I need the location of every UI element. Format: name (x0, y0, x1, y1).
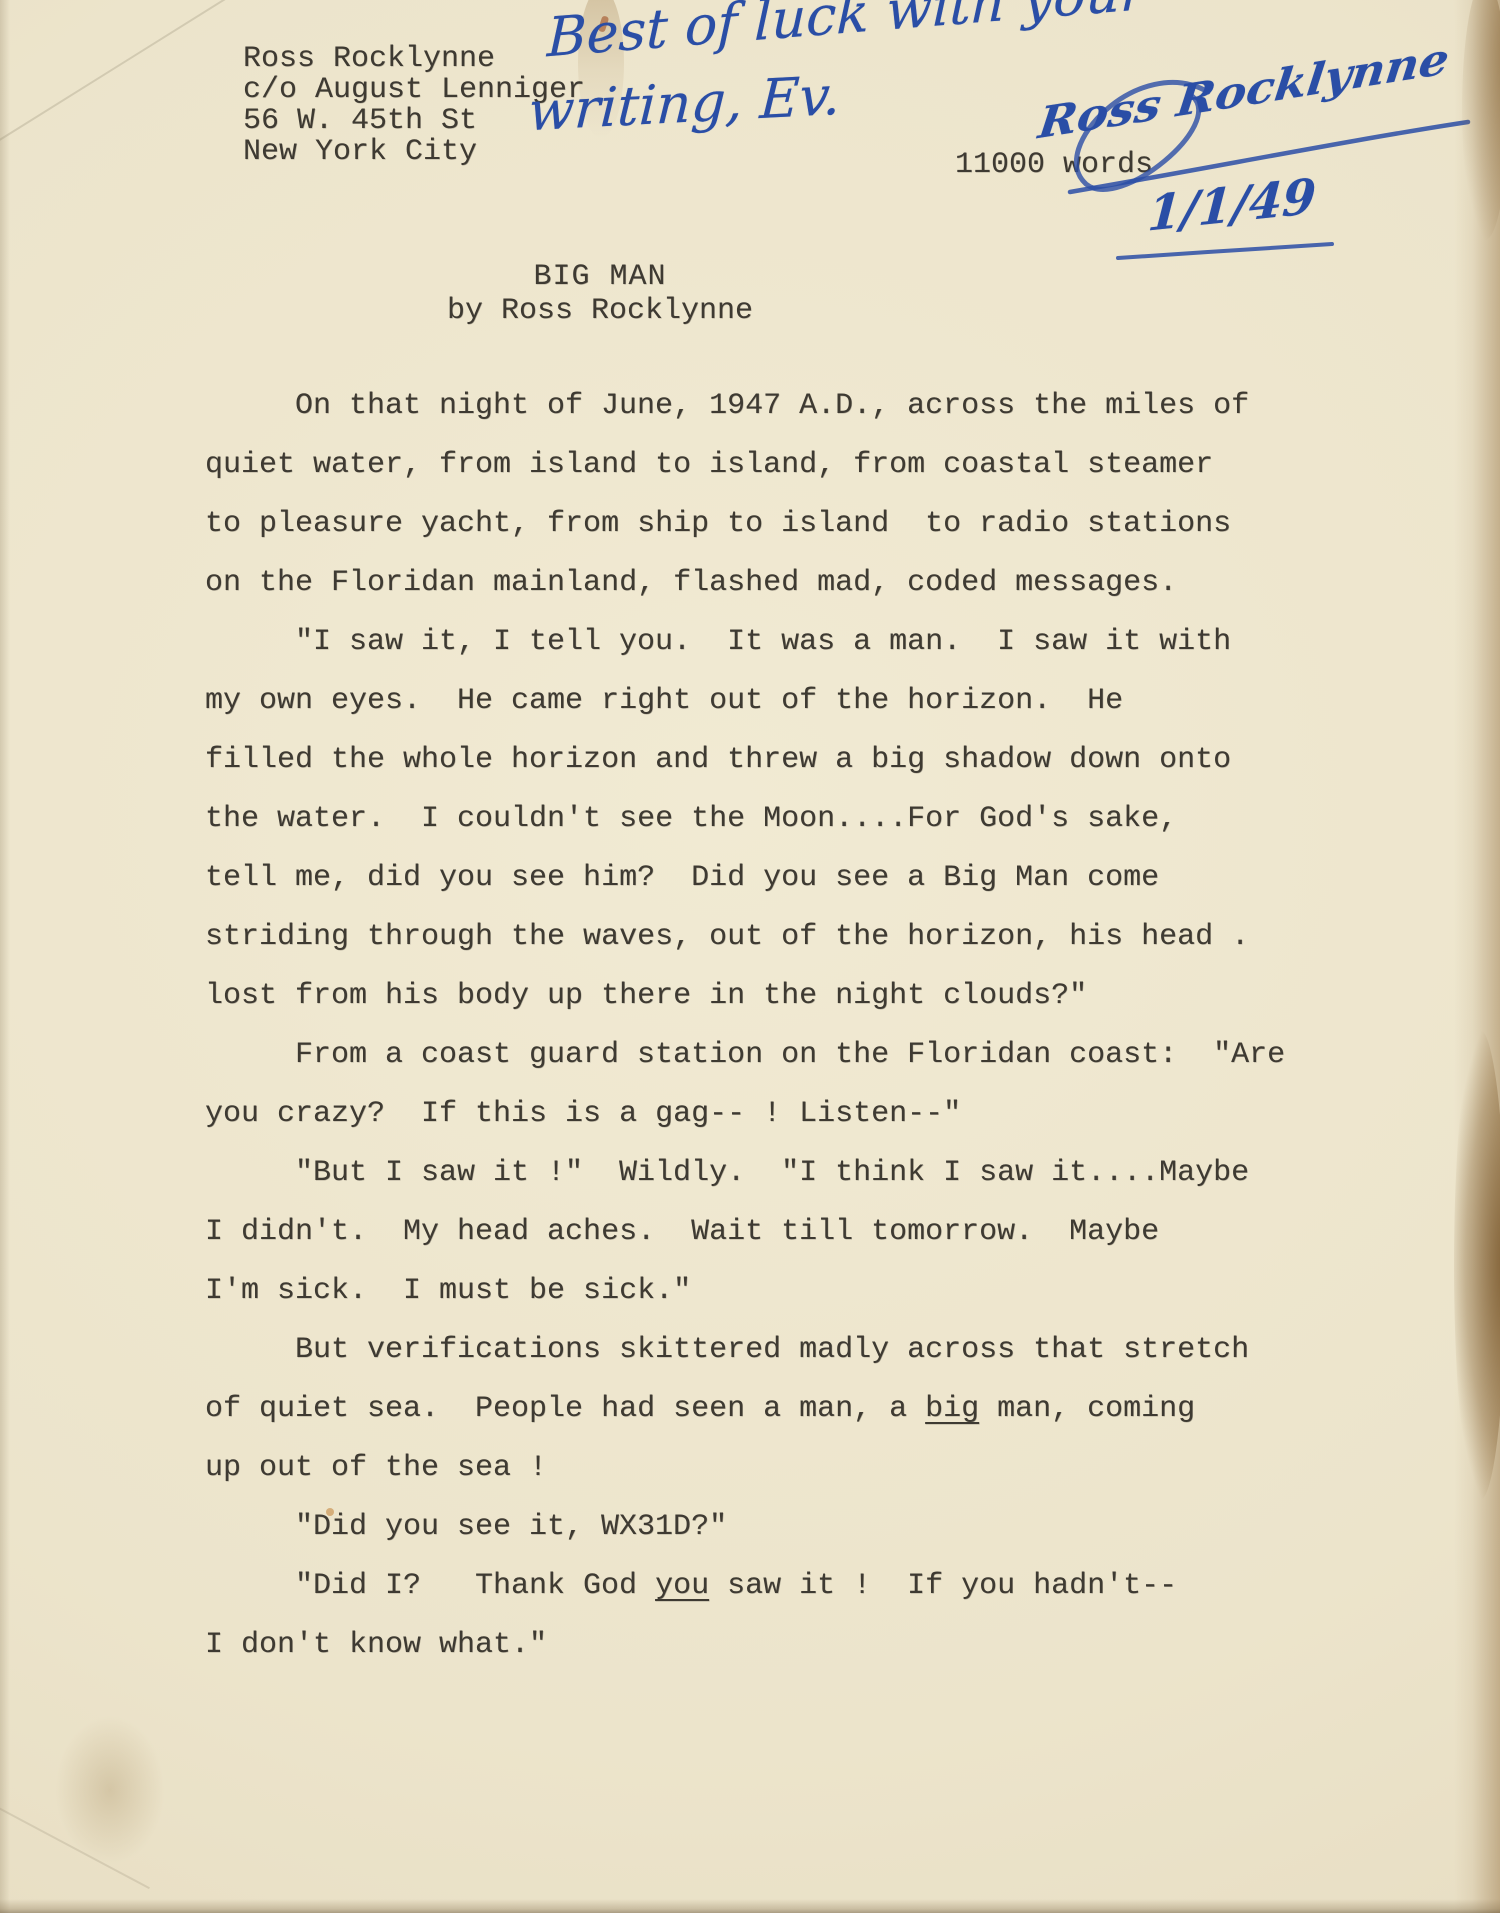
manuscript-line: "Did you see it, WX31D?" (205, 1498, 1385, 1557)
line-text: "Did I? Thank God (295, 1569, 655, 1603)
manuscript-line: of quiet sea. People had seen a man, a b… (205, 1380, 1385, 1439)
manuscript-line: quiet water, from island to island, from… (205, 436, 1385, 495)
line-text: But verifications skittered madly across… (295, 1333, 1249, 1367)
line-text: "I saw it, I tell you. It was a man. I s… (295, 625, 1231, 659)
scanned-manuscript-page: Ross Rocklynne c/o August Lenniger 56 W.… (0, 0, 1500, 1913)
manuscript-line: From a coast guard station on the Florid… (205, 1026, 1385, 1085)
manuscript-line: on the Floridan mainland, flashed mad, c… (205, 554, 1385, 613)
manuscript-line: I didn't. My head aches. Wait till tomor… (205, 1203, 1385, 1262)
line-text: I don't know what." (205, 1628, 547, 1662)
address-line: 56 W. 45th St (243, 104, 477, 138)
line-text: I'm sick. I must be sick." (205, 1274, 691, 1308)
torn-paper-edge (1454, 0, 1500, 1913)
line-text: "Did you see it, WX31D?" (295, 1510, 727, 1544)
line-text: filled the whole horizon and threw a big… (205, 743, 1231, 777)
line-text: saw it ! If you hadn't-- (709, 1569, 1177, 1603)
manuscript-line: to pleasure yacht, from ship to island t… (205, 495, 1385, 554)
manuscript-line: striding through the waves, out of the h… (205, 908, 1385, 967)
manuscript-line: you crazy? If this is a gag-- ! Listen--… (205, 1085, 1385, 1144)
address-line: New York City (243, 135, 477, 169)
manuscript-line: my own eyes. He came right out of the ho… (205, 672, 1385, 731)
line-text: my own eyes. He came right out of the ho… (205, 684, 1123, 718)
line-text: On that night of June, 1947 A.D., across… (295, 389, 1249, 423)
manuscript-line: "I saw it, I tell you. It was a man. I s… (205, 613, 1385, 672)
line-text: tell me, did you see him? Did you see a … (205, 861, 1159, 895)
manuscript-line: lost from his body up there in the night… (205, 967, 1385, 1026)
story-title: BIG MAN (300, 260, 900, 294)
underlined-word: you (655, 1569, 709, 1603)
word-count: 11000 words (955, 148, 1153, 182)
manuscript-line: But verifications skittered madly across… (205, 1321, 1385, 1380)
line-text: striding through the waves, out of the h… (205, 920, 1249, 954)
line-text: lost from his body up there in the night… (205, 979, 1087, 1013)
manuscript-line: I don't know what." (205, 1616, 1385, 1675)
manuscript-line: On that night of June, 1947 A.D., across… (205, 377, 1385, 436)
torn-paper-edge-stain (1454, 1030, 1500, 1500)
address-line: Ross Rocklynne (243, 42, 495, 76)
line-text: up out of the sea ! (205, 1451, 547, 1485)
story-byline: by Ross Rocklynne (300, 294, 900, 328)
age-stain (55, 1715, 165, 1865)
line-text: From a coast guard station on the Florid… (295, 1038, 1285, 1072)
manuscript-line: tell me, did you see him? Did you see a … (205, 849, 1385, 908)
manuscript-line: the water. I couldn't see the Moon....Fo… (205, 790, 1385, 849)
line-text: quiet water, from island to island, from… (205, 448, 1213, 482)
line-text: of quiet sea. People had seen a man, a (205, 1392, 925, 1426)
manuscript-body: On that night of June, 1947 A.D., across… (205, 377, 1385, 1675)
manuscript-line: "Did I? Thank God you saw it ! If you ha… (205, 1557, 1385, 1616)
manuscript-line: up out of the sea ! (205, 1439, 1385, 1498)
line-text: you crazy? If this is a gag-- ! Listen--… (205, 1097, 961, 1131)
line-text: man, coming (979, 1392, 1195, 1426)
paper-edge-shadow (0, 1899, 1500, 1913)
line-text: the water. I couldn't see the Moon....Fo… (205, 802, 1177, 836)
underlined-word: big (925, 1392, 979, 1426)
line-text: I didn't. My head aches. Wait till tomor… (205, 1215, 1159, 1249)
manuscript-line: filled the whole horizon and threw a big… (205, 731, 1385, 790)
line-text: on the Floridan mainland, flashed mad, c… (205, 566, 1177, 600)
manuscript-line: I'm sick. I must be sick." (205, 1262, 1385, 1321)
manuscript-line: "But I saw it !" Wildly. "I think I saw … (205, 1144, 1385, 1203)
line-text: "But I saw it !" Wildly. "I think I saw … (295, 1156, 1249, 1190)
line-text: to pleasure yacht, from ship to island t… (205, 507, 1231, 541)
paper-edge-shadow (0, 0, 10, 1913)
